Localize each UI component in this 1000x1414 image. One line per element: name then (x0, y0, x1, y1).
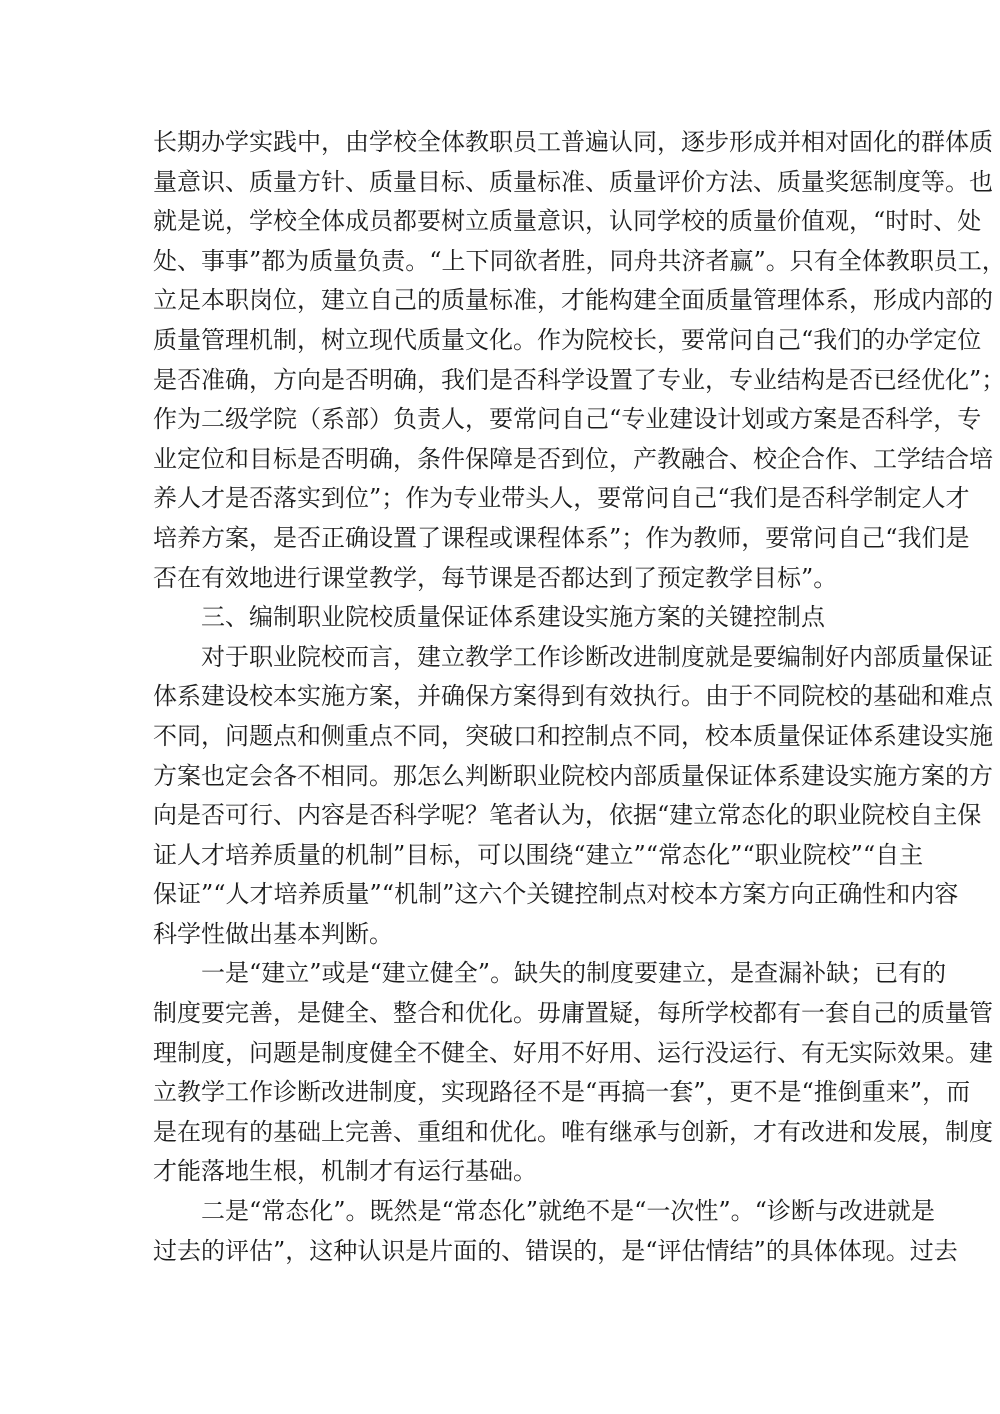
text-line: 处、事事”都为质量负责。“上下同欲者胜，同舟共济者赢”。只有全体教职员工， (153, 242, 849, 282)
text-line: 方案也定会各不相同。那怎么判断职业院校内部质量保证体系建设实施方案的方 (153, 757, 849, 797)
text-line: 培养方案，是否正确设置了课程或课程体系”；作为教师，要常问自己“我们是 (153, 519, 849, 559)
text-line: 二是“常态化”。既然是“常态化”就绝不是“一次性”。“诊断与改进就是 (153, 1192, 849, 1232)
text-line: 向是否可行、内容是否科学呢？笔者认为，依据“建立常态化的职业院校自主保 (153, 796, 849, 836)
text-line: 立教学工作诊断改进制度，实现路径不是“再搞一套”，更不是“推倒重来”，而 (153, 1073, 849, 1113)
text-line: 就是说，学校全体成员都要树立质量意识，认同学校的质量价值观，“时时、处 (153, 202, 849, 242)
text-line: 保证”“人才培养质量”“机制”这六个关键控制点对校本方案方向正确性和内容 (153, 875, 849, 915)
text-line: 对于职业院校而言，建立教学工作诊断改进制度就是要编制好内部质量保证 (153, 638, 849, 678)
text-line: 否在有效地进行课堂教学，每节课是否都达到了预定教学目标”。 (153, 559, 849, 599)
text-line: 业定位和目标是否明确，条件保障是否到位，产教融合、校企合作、工学结合培 (153, 440, 849, 480)
text-line: 一是“建立”或是“建立健全”。缺失的制度要建立，是查漏补缺；已有的 (153, 954, 849, 994)
text-line: 养人才是否落实到位”；作为专业带头人，要常问自己“我们是否科学制定人才 (153, 479, 849, 519)
text-line: 证人才培养质量的机制”目标，可以围绕“建立”“常态化”“职业院校”“自主 (153, 836, 849, 876)
text-line: 立足本职岗位，建立自己的质量标准，才能构建全面质量管理体系，形成内部的 (153, 281, 849, 321)
text-line: 理制度，问题是制度健全不健全、好用不好用、运行没运行、有无实际效果。建 (153, 1034, 849, 1074)
text-line: 才能落地生根，机制才有运行基础。 (153, 1152, 849, 1192)
text-line: 科学性做出基本判断。 (153, 915, 849, 955)
text-line: 三、编制职业院校质量保证体系建设实施方案的关键控制点 (153, 598, 849, 638)
text-line: 过去的评估”，这种认识是片面的、错误的，是“评估情结”的具体体现。过去 (153, 1232, 849, 1272)
text-line: 量意识、质量方针、质量目标、质量标准、质量评价方法、质量奖惩制度等。也 (153, 163, 849, 203)
text-line: 是否准确，方向是否明确，我们是否科学设置了专业，专业结构是否已经优化”； (153, 361, 849, 401)
document-page: 长期办学实践中，由学校全体教职员工普遍认同，逐步形成并相对固化的群体质量意识、质… (153, 123, 849, 1271)
text-line: 体系建设校本实施方案，并确保方案得到有效执行。由于不同院校的基础和难点 (153, 677, 849, 717)
text-line: 质量管理机制，树立现代质量文化。作为院校长，要常问自己“我们的办学定位 (153, 321, 849, 361)
text-line: 作为二级学院（系部）负责人，要常问自己“专业建设计划或方案是否科学，专 (153, 400, 849, 440)
text-line: 是在现有的基础上完善、重组和优化。唯有继承与创新，才有改进和发展，制度 (153, 1113, 849, 1153)
text-line: 不同，问题点和侧重点不同，突破口和控制点不同，校本质量保证体系建设实施 (153, 717, 849, 757)
text-line: 长期办学实践中，由学校全体教职员工普遍认同，逐步形成并相对固化的群体质 (153, 123, 849, 163)
text-line: 制度要完善，是健全、整合和优化。毋庸置疑，每所学校都有一套自己的质量管 (153, 994, 849, 1034)
